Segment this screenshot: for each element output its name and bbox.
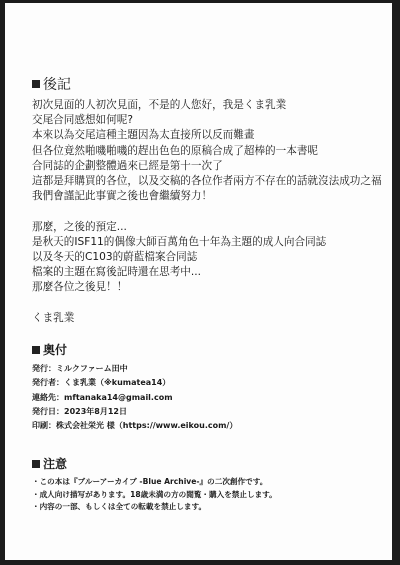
- square-bullet-icon: [32, 80, 40, 88]
- afterword-text: 初次見面的人初次見面，不是的人您好，我是くま乳業交尾合同感想如何呢?本來以為交尾…: [32, 98, 382, 326]
- colophon-section: 奥付 発行：ミルクファーム田中発行者：くま乳業（※kumatea14）連絡先：m…: [32, 341, 237, 433]
- colophon-text: 発行：ミルクファーム田中発行者：くま乳業（※kumatea14）連絡先：mfta…: [32, 362, 237, 433]
- afterword-line: [32, 204, 382, 219]
- colophon-line: 発行：ミルクファーム田中: [32, 362, 237, 376]
- notice-line: ・この本は『ブルーアーカイブ -Blue Archive-』の二次創作です。: [32, 476, 277, 489]
- afterword-line: 那麼各位之後見！！: [32, 280, 382, 295]
- afterword-line: 我們會謹記此事實之後也會繼續努力！: [32, 189, 382, 204]
- notice-section: 注意 ・この本は『ブルーアーカイブ -Blue Archive-』の二次創作です…: [32, 455, 277, 514]
- notice-text: ・この本は『ブルーアーカイブ -Blue Archive-』の二次創作です。・成…: [32, 476, 277, 514]
- afterword-line: くま乳業: [32, 311, 382, 326]
- afterword-heading: 後記: [32, 74, 382, 94]
- notice-heading: 注意: [32, 455, 277, 472]
- afterword-line: 以及冬天的C103的蔚藍檔案合同誌: [32, 250, 382, 265]
- document-page: 後記 初次見面的人初次見面，不是的人您好，我是くま乳業交尾合同感想如何呢?本來以…: [5, 3, 392, 560]
- notice-line: ・成人向け描写があります。18歳未満の方の閲覧・購入を禁止します。: [32, 489, 277, 502]
- notice-line: ・内容の一部、もしくは全ての転載を禁止します。: [32, 501, 277, 514]
- afterword-line: 初次見面的人初次見面，不是的人您好，我是くま乳業: [32, 98, 382, 113]
- afterword-line: 但各位竟然啪嘰啪嘰的趕出色色的原稿合成了超棒的一本書呢: [32, 144, 382, 159]
- afterword-line: [32, 295, 382, 310]
- colophon-heading: 奥付: [32, 341, 237, 358]
- afterword-line: 合同誌的企劃整體過來已經是第十一次了: [32, 159, 382, 174]
- colophon-line: 印刷：株式会社栄光 様（https://www.eikou.com/）: [32, 419, 237, 433]
- afterword-line: 是秋天的ISF11的偶像大師百萬角色十年為主題的成人向合同誌: [32, 235, 382, 250]
- afterword-line: 交尾合同感想如何呢?: [32, 113, 382, 128]
- colophon-line: 発行者：くま乳業（※kumatea14）: [32, 376, 237, 390]
- afterword-line: 這都是拜購買的各位，以及交稿的各位作者兩方不存在的話就沒法成功之福: [32, 174, 382, 189]
- afterword-section: 後記 初次見面的人初次見面，不是的人您好，我是くま乳業交尾合同感想如何呢?本來以…: [32, 74, 382, 326]
- square-bullet-icon: [32, 460, 40, 468]
- afterword-line: 那麼，之後的預定...: [32, 220, 382, 235]
- colophon-line: 発行日：2023年8月12日: [32, 405, 237, 419]
- afterword-line: 檔案的主題在寫後記時還在思考中...: [32, 265, 382, 280]
- square-bullet-icon: [32, 346, 40, 354]
- colophon-line: 連絡先：mftanaka14@gmail.com: [32, 391, 237, 405]
- afterword-line: 本來以為交尾這種主題因為太直接所以反而難畫: [32, 128, 382, 143]
